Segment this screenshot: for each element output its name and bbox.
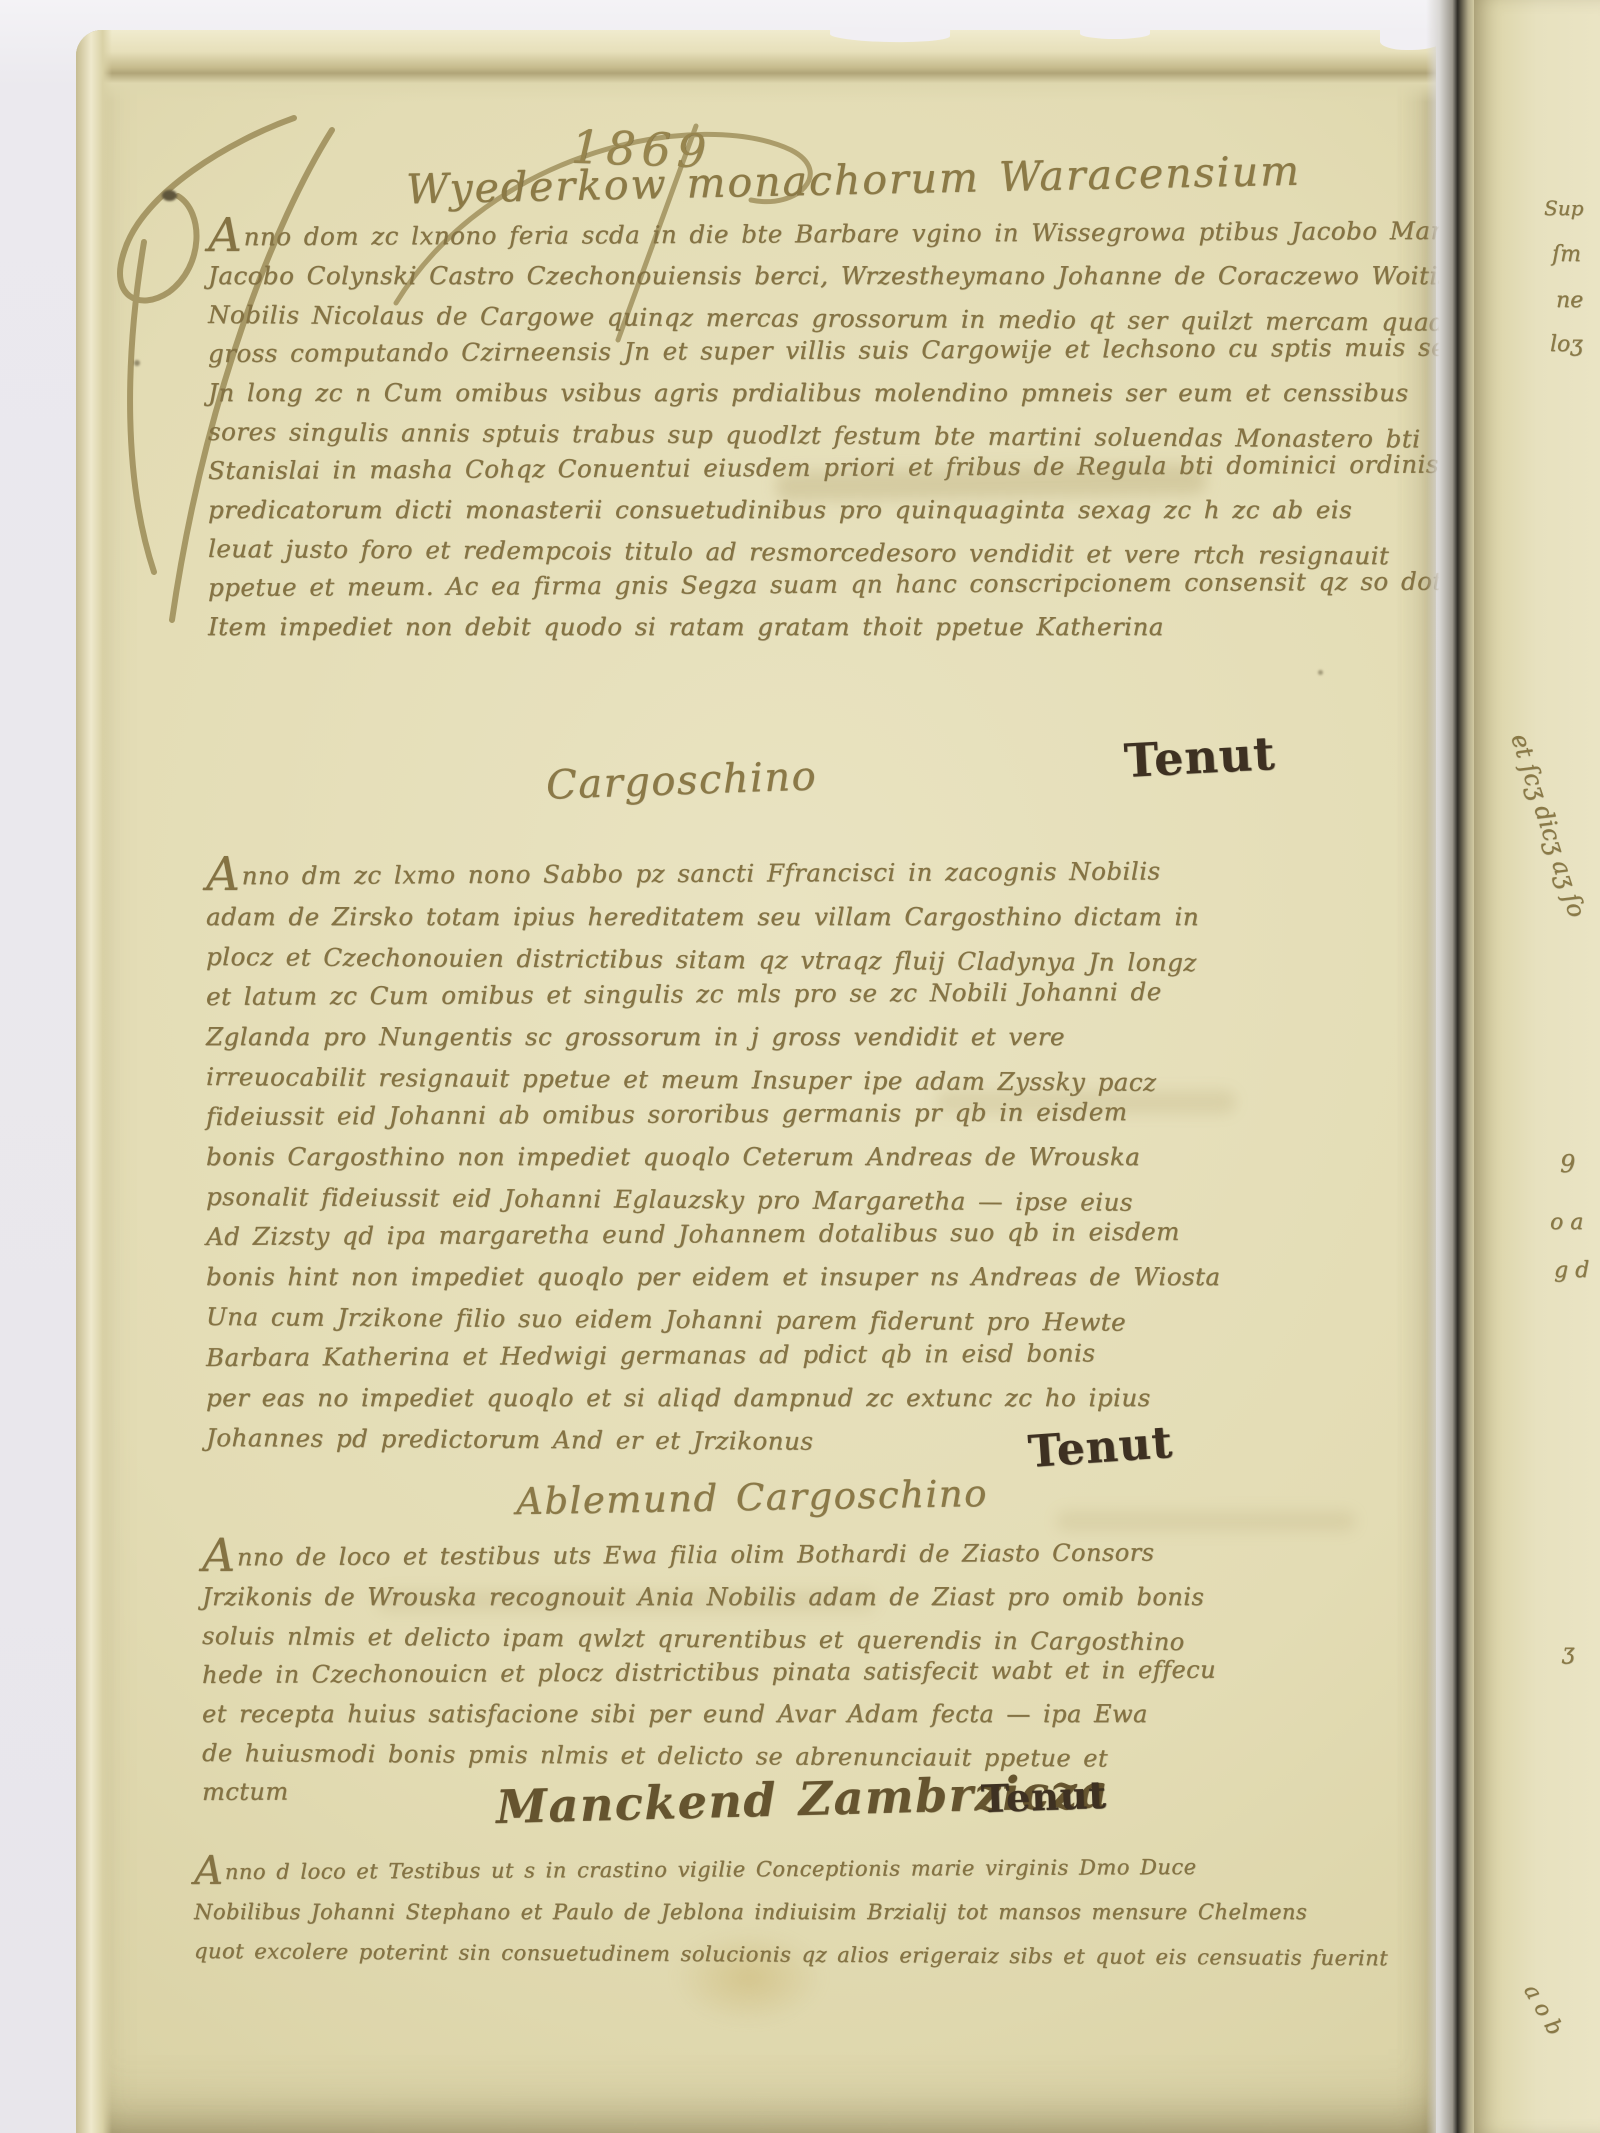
facing-page-text-fragment: a o b: [1518, 1980, 1567, 2040]
entry-paragraph: Anno dm zc lxmo nono Sabbo pz sancti Ffr…: [206, 854, 1376, 1458]
manuscript-text-line: adam de Zirsko totam ipius hereditatem s…: [206, 897, 1376, 937]
facing-page-text-fragment: ne: [1556, 288, 1583, 313]
manuscript-text-line: Anno dom zc lxnono feria scda in die bte…: [208, 210, 1388, 257]
manuscript-text-line: quot excolere poterint sin consuetudinem…: [194, 1932, 1404, 1979]
manuscript-text-line: Ad Zizsty qd ipa margaretha eund Johanne…: [206, 1211, 1376, 1257]
backdrop-notch: [1080, 28, 1150, 39]
parchment-left-edge: [76, 30, 112, 2133]
manuscript-text-line: Zglanda pro Nungentis sc grossorum in j …: [206, 1017, 1376, 1057]
entry-paragraph: Anno d loco et Testibus ut s in crastino…: [194, 1852, 1404, 1972]
marginal-note-tenut: Tenut: [980, 1772, 1107, 1821]
manuscript-text-line: Johannes pd predictorum And er et Jrziko…: [206, 1418, 1376, 1465]
entry-paragraph: Anno de loco et testibus uts Ewa filia o…: [202, 1536, 1377, 1812]
ink-blot: [134, 360, 140, 366]
manuscript-text-line: fideiussit eid Johanni ab omibus sororib…: [206, 1091, 1376, 1137]
entry-heading: Cargoschino: [545, 753, 818, 808]
facing-page-text-fragment: o a: [1550, 1210, 1583, 1235]
manuscript-text-line: Barbara Katherina et Hedwigi germanas ad…: [206, 1331, 1376, 1377]
manuscript-page: 1869 Wyederkow monachorum Waracensium An…: [76, 30, 1436, 2133]
photograph-backdrop: 1869 Wyederkow monachorum Waracensium An…: [0, 0, 1600, 2133]
manuscript-text-line: et latum zc Cum omibus et singulis zc ml…: [206, 971, 1376, 1017]
facing-page-text-fragment: ſm: [1552, 242, 1581, 267]
manuscript-text-line: Anno dm zc lxmo nono Sabbo pz sancti Ffr…: [206, 848, 1376, 897]
ink-blot: [162, 190, 177, 201]
manuscript-text-line: gross computando Czirneensis Jn et super…: [208, 328, 1388, 373]
manuscript-text-line: bonis hint non impediet quoqlo per eidem…: [206, 1257, 1376, 1297]
manuscript-text-line: Jacobo Colynski Castro Czechonouiensis b…: [208, 256, 1388, 295]
facing-page-text-fragment: loʒ: [1550, 332, 1583, 357]
manuscript-text-line: Jrzikonis de Wrouska recognouit Ania Nob…: [202, 1578, 1377, 1617]
entry-heading: Ablemund Cargoschino: [516, 1472, 989, 1523]
book-gutter: [1426, 0, 1474, 2133]
manuscript-text-line: ppetue et meum. Ac ea firma gnis Segza s…: [208, 562, 1388, 607]
manuscript-text-line: per eas no impediet quoqlo et si aliqd d…: [206, 1378, 1376, 1418]
manuscript-text-line: predicatorum dicti monasterii consuetudi…: [208, 490, 1388, 529]
facing-page-text-fragment: et ſcʒ dicʒ aʒ ſo: [1505, 730, 1591, 921]
marginal-note-tenut: Tenut: [1026, 1417, 1174, 1478]
manuscript-text-line: Nobilibus Johanni Stephano et Paulo de J…: [194, 1893, 1404, 1933]
bleed-through-mark: [1056, 1510, 1356, 1532]
entry-title: Wyederkow monachorum Waracensium: [406, 147, 1302, 214]
manuscript-text-line: hede in Czechonouicn et plocz districtib…: [202, 1649, 1377, 1694]
marginal-note-tenut: Tenut: [1123, 726, 1277, 788]
facing-page: Sup ſm ne loʒ et ſcʒ dicʒ aʒ ſo 9 o a g …: [1474, 0, 1600, 2133]
entry-paragraph: Anno dom zc lxnono feria scda in die bte…: [208, 216, 1388, 646]
parchment-top-edge: [76, 30, 1436, 102]
manuscript-text-line: Anno d loco et Testibus ut s in crastino…: [194, 1846, 1404, 1893]
facing-page-text-fragment: Sup: [1544, 196, 1583, 220]
manuscript-text-line: et recepta huius satisfacione sibi per e…: [202, 1695, 1377, 1734]
manuscript-text-line: Anno de loco et testibus uts Ewa filia o…: [202, 1530, 1377, 1578]
ink-blot: [1318, 670, 1323, 675]
facing-page-text-fragment: ʒ: [1562, 1640, 1574, 1665]
facing-page-text-fragment: g d: [1554, 1258, 1589, 1283]
manuscript-text-line: Item impediet non debit quodo si ratam g…: [208, 607, 1388, 646]
manuscript-text-line: Stanislai in masha Cohqz Conuentui eiusd…: [208, 445, 1388, 490]
facing-page-text-fragment: 9: [1560, 1150, 1575, 1178]
manuscript-text-line: bonis Cargosthino non impediet quoqlo Ce…: [206, 1137, 1376, 1177]
manuscript-text-line: Jn long zc n Cum omibus vsibus agris prd…: [208, 373, 1388, 412]
